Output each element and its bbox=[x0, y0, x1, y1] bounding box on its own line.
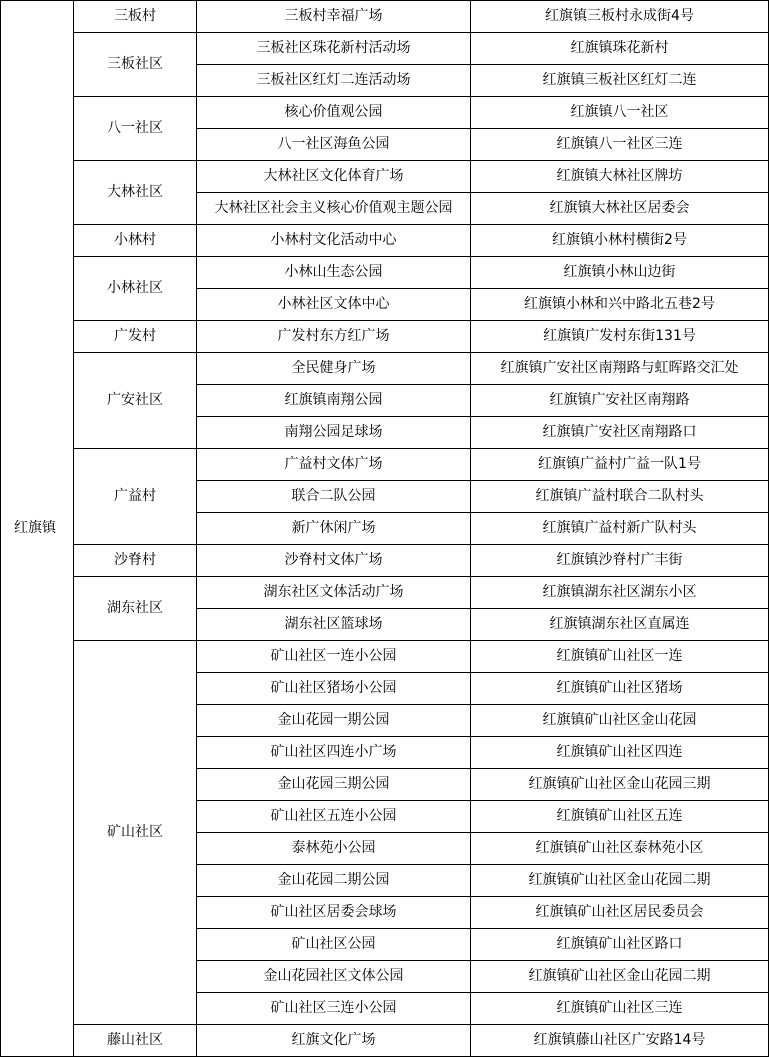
address-cell: 红旗镇八一社区 bbox=[471, 97, 769, 129]
community-cell: 广安社区 bbox=[74, 353, 197, 449]
venue-cell: 小林村文化活动中心 bbox=[197, 225, 471, 257]
address-cell: 红旗镇矿山社区金山花园 bbox=[471, 705, 769, 737]
address-cell: 红旗镇矿山社区三连 bbox=[471, 993, 769, 1025]
venue-cell: 新广休闲广场 bbox=[197, 513, 471, 545]
venue-cell: 沙脊村文体广场 bbox=[197, 545, 471, 577]
community-cell: 藤山社区 bbox=[74, 1025, 197, 1057]
table-row: 小林村 小林村文化活动中心 红旗镇小林村横街2号 bbox=[1, 225, 769, 257]
venue-cell: 红旗镇南翔公园 bbox=[197, 385, 471, 417]
address-cell: 红旗镇湖东社区湖东小区 bbox=[471, 577, 769, 609]
venue-cell: 八一社区海鱼公园 bbox=[197, 129, 471, 161]
venue-cell: 全民健身广场 bbox=[197, 353, 471, 385]
address-cell: 红旗镇三板村永成街4号 bbox=[471, 1, 769, 33]
venue-cell: 广益村文体广场 bbox=[197, 449, 471, 481]
table-row: 红旗镇 三板村 三板村幸福广场 红旗镇三板村永成街4号 bbox=[1, 1, 769, 33]
address-cell: 红旗镇三板社区红灯二连 bbox=[471, 65, 769, 97]
venue-cell: 矿山社区公园 bbox=[197, 929, 471, 961]
address-cell: 红旗镇小林村横街2号 bbox=[471, 225, 769, 257]
table-row: 藤山社区 红旗文化广场 红旗镇藤山社区广安路14号 bbox=[1, 1025, 769, 1057]
venue-cell: 矿山社区一连小公园 bbox=[197, 641, 471, 673]
table-row: 湖东社区 湖东社区文体活动广场 红旗镇湖东社区湖东小区 bbox=[1, 577, 769, 609]
table-row: 三板社区 三板社区珠花新村活动场 红旗镇珠花新村 bbox=[1, 33, 769, 65]
address-cell: 红旗镇广安社区南翔路与虹晖路交汇处 bbox=[471, 353, 769, 385]
table-row: 八一社区 核心价值观公园 红旗镇八一社区 bbox=[1, 97, 769, 129]
table-row: 矿山社区 矿山社区一连小公园 红旗镇矿山社区一连 bbox=[1, 641, 769, 673]
venue-cell: 矿山社区三连小公园 bbox=[197, 993, 471, 1025]
community-cell: 广益村 bbox=[74, 449, 197, 545]
community-cell: 三板社区 bbox=[74, 33, 197, 97]
community-cell: 大林社区 bbox=[74, 161, 197, 225]
address-cell: 红旗镇湖东社区直属连 bbox=[471, 609, 769, 641]
address-cell: 红旗镇小林和兴中路北五巷2号 bbox=[471, 289, 769, 321]
table-row: 广益村 广益村文体广场 红旗镇广益村广益一队1号 bbox=[1, 449, 769, 481]
community-cell: 广发村 bbox=[74, 321, 197, 353]
address-cell: 红旗镇沙脊村广丰街 bbox=[471, 545, 769, 577]
community-cell: 小林社区 bbox=[74, 257, 197, 321]
venue-cell: 矿山社区五连小公园 bbox=[197, 801, 471, 833]
venue-cell: 矿山社区四连小广场 bbox=[197, 737, 471, 769]
venue-cell: 联合二队公园 bbox=[197, 481, 471, 513]
address-cell: 红旗镇矿山社区金山花园二期 bbox=[471, 865, 769, 897]
community-cell: 八一社区 bbox=[74, 97, 197, 161]
table-row: 广发村 广发村东方红广场 红旗镇广发村东街131号 bbox=[1, 321, 769, 353]
address-cell: 红旗镇矿山社区泰林苑小区 bbox=[471, 833, 769, 865]
address-cell: 红旗镇小林山边街 bbox=[471, 257, 769, 289]
address-cell: 红旗镇广益村新广队村头 bbox=[471, 513, 769, 545]
community-cell: 湖东社区 bbox=[74, 577, 197, 641]
venue-table: 红旗镇 三板村 三板村幸福广场 红旗镇三板村永成街4号 三板社区 三板社区珠花新… bbox=[0, 0, 769, 1057]
address-cell: 红旗镇八一社区三连 bbox=[471, 129, 769, 161]
venue-cell: 大林社区社会主义核心价值观主题公园 bbox=[197, 193, 471, 225]
venue-cell: 核心价值观公园 bbox=[197, 97, 471, 129]
venue-cell: 南翔公园足球场 bbox=[197, 417, 471, 449]
address-cell: 红旗镇广益村联合二队村头 bbox=[471, 481, 769, 513]
address-cell: 红旗镇广安社区南翔路口 bbox=[471, 417, 769, 449]
table-row: 大林社区 大林社区文化体育广场 红旗镇大林社区牌坊 bbox=[1, 161, 769, 193]
town-cell: 红旗镇 bbox=[1, 1, 74, 1057]
address-cell: 红旗镇广安社区南翔路 bbox=[471, 385, 769, 417]
address-cell: 红旗镇矿山社区猪场 bbox=[471, 673, 769, 705]
venue-cell: 湖东社区篮球场 bbox=[197, 609, 471, 641]
venue-cell: 矿山社区居委会球场 bbox=[197, 897, 471, 929]
community-cell: 三板村 bbox=[74, 1, 197, 33]
venue-cell: 三板村幸福广场 bbox=[197, 1, 471, 33]
address-cell: 红旗镇矿山社区路口 bbox=[471, 929, 769, 961]
table-row: 广安社区 全民健身广场 红旗镇广安社区南翔路与虹晖路交汇处 bbox=[1, 353, 769, 385]
address-cell: 红旗镇珠花新村 bbox=[471, 33, 769, 65]
venue-cell: 金山花园三期公园 bbox=[197, 769, 471, 801]
venue-table-body: 红旗镇 三板村 三板村幸福广场 红旗镇三板村永成街4号 三板社区 三板社区珠花新… bbox=[1, 1, 769, 1057]
address-cell: 红旗镇大林社区牌坊 bbox=[471, 161, 769, 193]
venue-cell: 红旗文化广场 bbox=[197, 1025, 471, 1057]
address-cell: 红旗镇矿山社区一连 bbox=[471, 641, 769, 673]
venue-cell: 三板社区珠花新村活动场 bbox=[197, 33, 471, 65]
venue-cell: 小林山生态公园 bbox=[197, 257, 471, 289]
venue-cell: 小林社区文体中心 bbox=[197, 289, 471, 321]
community-cell: 小林村 bbox=[74, 225, 197, 257]
venue-cell: 泰林苑小公园 bbox=[197, 833, 471, 865]
address-cell: 红旗镇矿山社区金山花园三期 bbox=[471, 769, 769, 801]
address-cell: 红旗镇藤山社区广安路14号 bbox=[471, 1025, 769, 1057]
address-cell: 红旗镇矿山社区居民委员会 bbox=[471, 897, 769, 929]
table-row: 小林社区 小林山生态公园 红旗镇小林山边街 bbox=[1, 257, 769, 289]
address-cell: 红旗镇矿山社区金山花园二期 bbox=[471, 961, 769, 993]
address-cell: 红旗镇广发村东街131号 bbox=[471, 321, 769, 353]
venue-cell: 矿山社区猪场小公园 bbox=[197, 673, 471, 705]
venue-cell: 大林社区文化体育广场 bbox=[197, 161, 471, 193]
community-cell: 矿山社区 bbox=[74, 641, 197, 1025]
address-cell: 红旗镇广益村广益一队1号 bbox=[471, 449, 769, 481]
address-cell: 红旗镇大林社区居委会 bbox=[471, 193, 769, 225]
venue-cell: 三板社区红灯二连活动场 bbox=[197, 65, 471, 97]
venue-cell: 广发村东方红广场 bbox=[197, 321, 471, 353]
venue-cell: 金山花园一期公园 bbox=[197, 705, 471, 737]
table-row: 沙脊村 沙脊村文体广场 红旗镇沙脊村广丰街 bbox=[1, 545, 769, 577]
address-cell: 红旗镇矿山社区五连 bbox=[471, 801, 769, 833]
venue-cell: 湖东社区文体活动广场 bbox=[197, 577, 471, 609]
community-cell: 沙脊村 bbox=[74, 545, 197, 577]
venue-cell: 金山花园社区文体公园 bbox=[197, 961, 471, 993]
venue-cell: 金山花园二期公园 bbox=[197, 865, 471, 897]
address-cell: 红旗镇矿山社区四连 bbox=[471, 737, 769, 769]
